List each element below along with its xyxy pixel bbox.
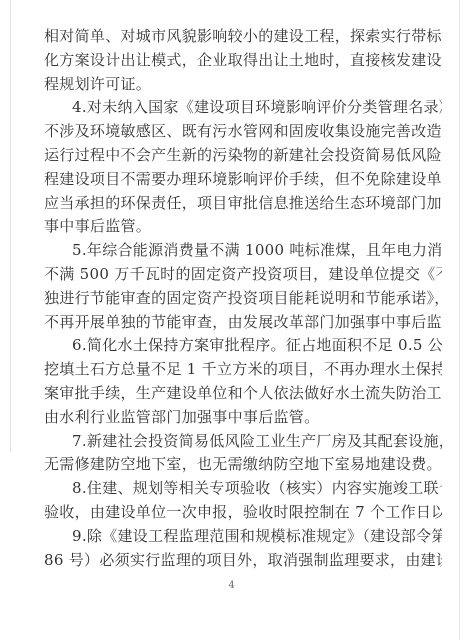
page-number: 4 [0, 580, 463, 591]
paragraph-item-4: 4.对未纳入国家《建设项目环境影响评价分类管理名录》且 不涉及环境敏感区、既有污… [44, 96, 442, 239]
text-line: 独进行节能审查的固定资产投资项目能耗说明和节能承诺》， [44, 287, 442, 311]
text-line: 不满 500 万千瓦时的固定资产投资项目，建设单位提交《不单 [44, 263, 442, 287]
text-line: 6.简化水土保持方案审批程序。征占地面积不足 0.5 公顷且 [44, 334, 442, 358]
text-line: 化方案设计出让模式，企业取得出让土地时，直接核发建设工 [44, 49, 442, 73]
text-line: 相对简单、对城市风貌影响较小的建设工程，探索实行带标准 [44, 25, 442, 49]
document-body: 相对简单、对城市风貌影响较小的建设工程，探索实行带标准 化方案设计出让模式，企业… [44, 25, 442, 572]
text-line: 程规划许可证。 [44, 73, 442, 97]
paragraph-item-7: 7.新建社会投资简易低风险工业生产厂房及其配套设施， 无需修建防空地下室，也无需… [44, 430, 442, 478]
paragraph-item-5: 5.年综合能源消费量不满 1000 吨标准煤，且年电力消费量 不满 500 万千… [44, 239, 442, 334]
text-line: 86 号）必须实行监理的项目外，取消强制监理要求，由建设单 [44, 549, 442, 573]
paragraph-item-6: 6.简化水土保持方案审批程序。征占地面积不足 0.5 公顷且 挖填土石方总量不足… [44, 334, 442, 429]
text-line: 9.除《建设工程监理范围和规模标准规定》（建设部令第 [44, 525, 442, 549]
text-line: 事中事后监管。 [44, 215, 442, 239]
document-page: 相对简单、对城市风貌影响较小的建设工程，探索实行带标准 化方案设计出让模式，企业… [0, 0, 463, 640]
text-line: 由水利行业监管部门加强事中事后监管。 [44, 406, 442, 430]
text-line: 5.年综合能源消费量不满 1000 吨标准煤，且年电力消费量 [44, 239, 442, 263]
text-line: 不再开展单独的节能审查，由发展改革部门加强事中事后监管。 [44, 311, 442, 335]
text-line: 4.对未纳入国家《建设项目环境影响评价分类管理名录》且 [44, 96, 442, 120]
scan-edge-left [10, 0, 11, 452]
text-line: 运行过程中不会产生新的污染物的新建社会投资简易低风险工 [44, 144, 442, 168]
text-line: 无需修建防空地下室，也无需缴纳防空地下室易地建设费。 [44, 453, 442, 477]
text-line: 7.新建社会投资简易低风险工业生产厂房及其配套设施， [44, 430, 442, 454]
scan-edge-right [459, 0, 460, 640]
paragraph-item-9: 9.除《建设工程监理范围和规模标准规定》（建设部令第 86 号）必须实行监理的项… [44, 525, 442, 573]
text-line: 不涉及环境敏感区、既有污水管网和固废收集设施完善改造和 [44, 120, 442, 144]
paragraph-item-8: 8.住建、规划等相关专项验收（核实）内容实施竣工联合 验收，由建设单位一次申报，… [44, 477, 442, 525]
text-line: 应当承担的环保责任，项目审批信息推送给生态环境部门加强 [44, 192, 442, 216]
text-line: 8.住建、规划等相关专项验收（核实）内容实施竣工联合 [44, 477, 442, 501]
text-line: 挖填土石方总量不足 1 千立方米的项目，不再办理水土保持方 [44, 358, 442, 382]
text-line: 程建设项目不需要办理环境影响评价手续，但不免除建设单位 [44, 168, 442, 192]
text-line: 验收，由建设单位一次申报，验收时限控制在 7 个工作日以内。 [44, 501, 442, 525]
text-line: 案审批手续，生产建设单位和个人依法做好水土流失防治工作， [44, 382, 442, 406]
paragraph-continuation: 相对简单、对城市风貌影响较小的建设工程，探索实行带标准 化方案设计出让模式，企业… [44, 25, 442, 96]
